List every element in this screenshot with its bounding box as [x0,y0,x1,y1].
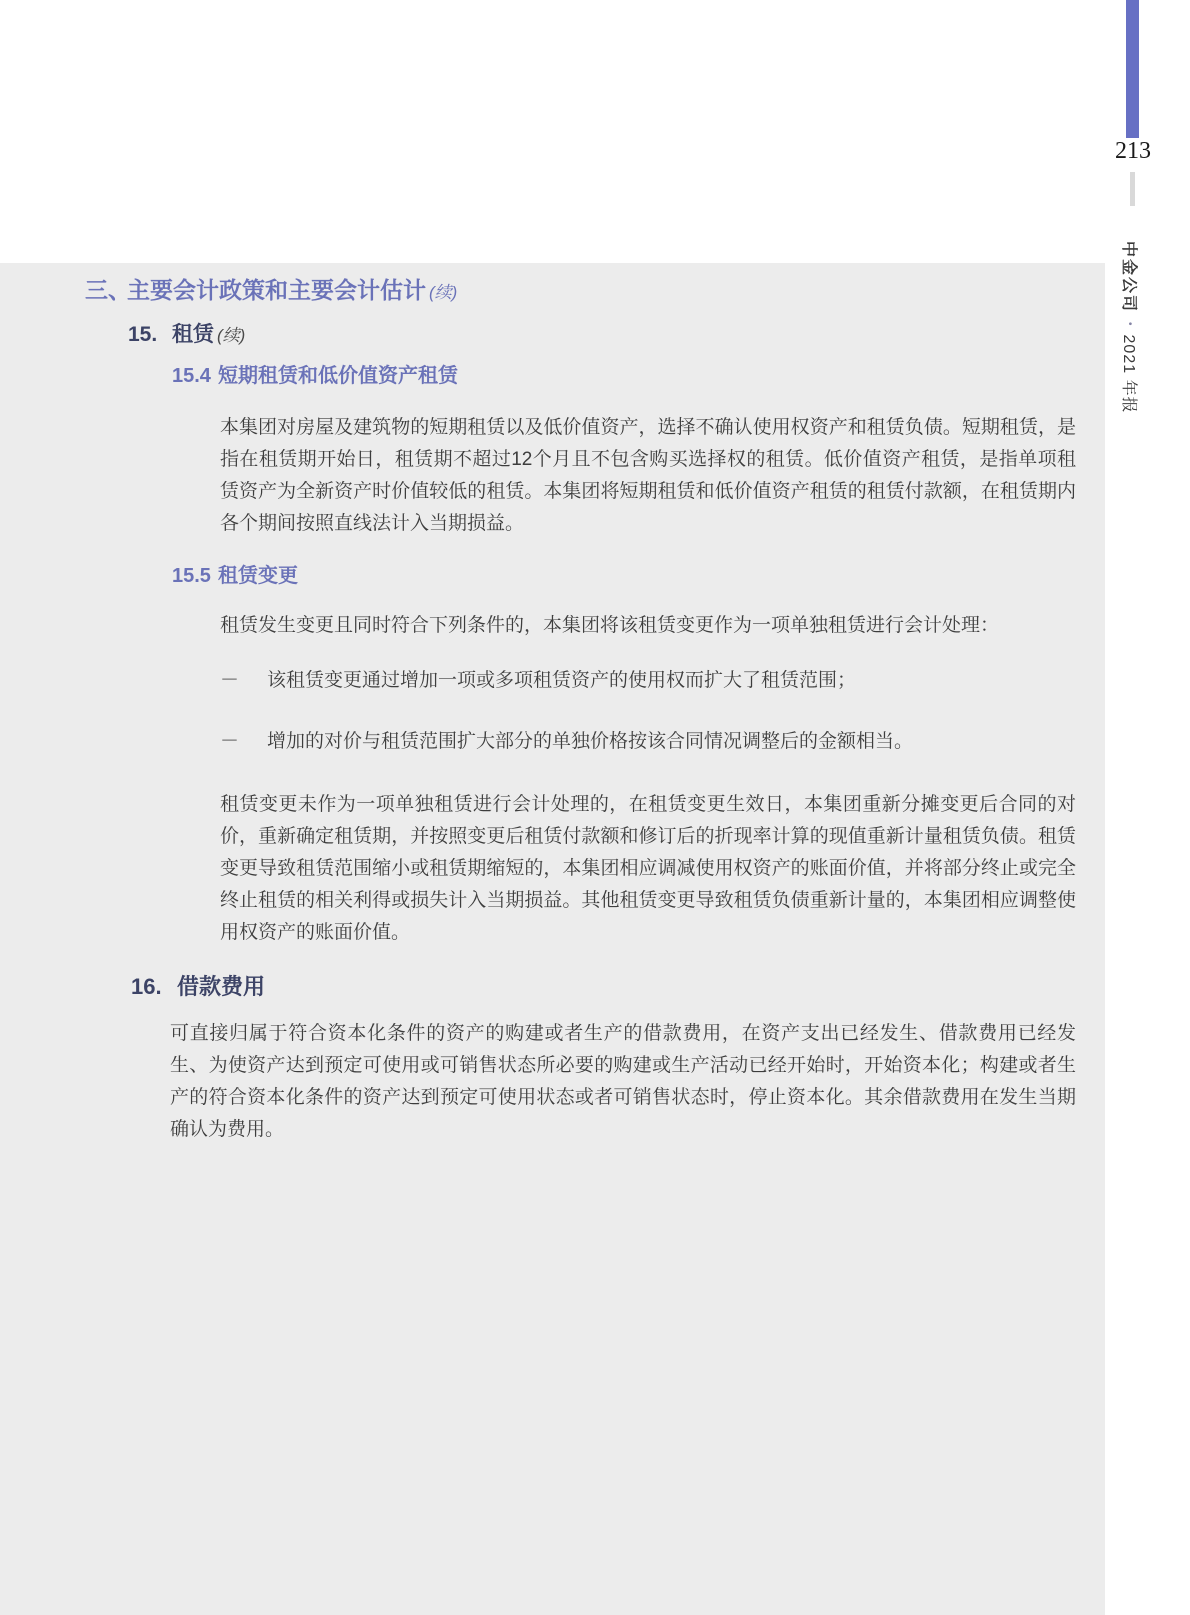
sub154-heading: 15.4 短期租赁和低价值资产租赁 [172,359,458,388]
list-item-text: 增加的对价与租赁范围扩大部分的单独价格按该合同情况调整后的金额相当。 [267,726,913,758]
section-heading: 三、 主要会计政策和主要会计估计 (续) [85,272,457,305]
sub154-number: 15.4 [172,365,218,388]
section-continued-label: (续) [429,278,457,303]
list-item-text: 该租赁变更通过增加一项或多项租赁资产的使用权而扩大了租赁范围； [267,665,856,697]
list-item: － 该租赁变更通过增加一项或多项租赁资产的使用权而扩大了租赁范围； [220,665,1076,697]
sub155-title: 租赁变更 [218,559,298,588]
page-number-divider [1130,172,1135,206]
sub155-intro: 租赁发生变更且同时符合下列条件的，本集团将该租赁变更作为一项单独租赁进行会计处理… [220,610,1076,642]
sub154-paragraph: 本集团对房屋及建筑物的短期租赁以及低价值资产，选择不确认使用权资产和租赁负债。短… [220,412,1076,540]
accent-bar [1126,0,1139,138]
sub155-paragraph: 租赁变更未作为一项单独租赁进行会计处理的，在租赁变更生效日，本集团重新分摊变更后… [220,789,1076,949]
page-number: 213 [1103,138,1163,165]
item15-title: 租赁 [172,318,214,348]
item16-title: 借款费用 [177,970,265,1001]
company-name: 中金公司 [1120,241,1137,313]
item15-continued-label: (续) [217,321,245,346]
dash-bullet-icon: － [220,726,267,758]
dash-bullet-icon: － [220,665,267,697]
report-edition: 2021 年报 [1120,335,1137,414]
section-title: 主要会计政策和主要会计估计 [127,272,426,305]
annual-report-page: 213 中金公司•2021 年报 三、 主要会计政策和主要会计估计 (续) 15… [0,0,1190,1615]
dot-separator-icon: • [1124,322,1135,326]
item16-heading: 16. 借款费用 [131,970,265,1001]
section-index: 三、 [85,272,127,305]
sub154-title: 短期租赁和低价值资产租赁 [218,359,458,388]
item15-number: 15. [128,323,172,347]
item16-number: 16. [131,974,177,1000]
sub155-number: 15.5 [172,565,218,588]
list-item: － 增加的对价与租赁范围扩大部分的单独价格按该合同情况调整后的金额相当。 [220,726,1076,758]
item16-paragraph: 可直接归属于符合资本化条件的资产的购建或者生产的借款费用，在资产支出已经发生、借… [170,1018,1076,1146]
vertical-sidebar-text: 中金公司•2021 年报 [1119,241,1142,414]
sub155-heading: 15.5 租赁变更 [172,559,298,588]
item15-heading: 15. 租赁 (续) [128,318,245,348]
